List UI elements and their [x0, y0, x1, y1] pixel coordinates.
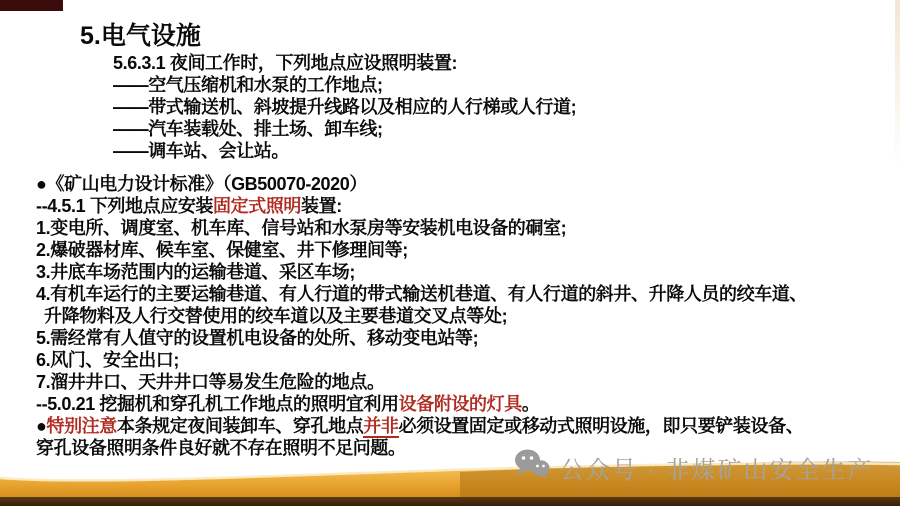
watermark-text: 公众号 · 非煤矿山安全生产: [560, 450, 873, 485]
intro-section: 5.6.3.1 夜间工作时，下列地点应设照明装置: ——空气压缩机和水泵的工作地…: [113, 52, 576, 162]
body-line: 5.需经常有人值守的设置机电设备的处所、移动变电站等;: [36, 327, 892, 349]
text-segment: 升降物料及人行交替使用的绞车道以及主要巷道交叉点等处;: [44, 306, 507, 326]
intro-item: ——汽车装载处、排土场、卸车线;: [113, 118, 576, 140]
text-segment: 。: [522, 394, 540, 414]
wechat-icon: [514, 448, 550, 487]
text-segment: 必须设置固定或移动式照明设施，即只要铲装设备、: [399, 416, 804, 436]
text-segment: 装置:: [301, 196, 342, 216]
text-segment: --5.0.21 挖掘机和穿孔机工作地点的照明宜利用: [36, 394, 399, 414]
intro-item: ——带式输送机、斜坡提升线路以及相应的人行梯或人行道;: [113, 96, 576, 118]
body-line: ●特别注意本条规定夜间装卸车、穿孔地点并非必须设置固定或移动式照明设施，即只要铲…: [36, 415, 892, 437]
text-segment: 本条规定夜间装卸车、穿孔地点: [117, 416, 363, 436]
body-line: 6.风门、安全出口;: [36, 349, 892, 371]
body-line: 3.井底车场范围内的运输巷道、采区车场;: [36, 261, 892, 283]
text-segment: ●《矿山电力设计标准》（GB50070-2020）: [36, 174, 367, 194]
body-section: ●《矿山电力设计标准》（GB50070-2020）--4.5.1 下列地点应安装…: [36, 173, 892, 459]
slide: 5.电气设施 5.6.3.1 夜间工作时，下列地点应设照明装置: ——空气压缩机…: [0, 0, 900, 506]
text-segment: 2.爆破器材库、候车室、保健室、井下修理间等;: [36, 240, 408, 260]
body-line: 2.爆破器材库、候车室、保健室、井下修理间等;: [36, 239, 892, 261]
red-emphasis: 设备附设的灯具: [399, 394, 522, 414]
body-line: 7.溜井井口、天井井口等易发生危险的地点。: [36, 371, 892, 393]
text-segment: --4.5.1 下列地点应安装: [36, 196, 213, 216]
text-segment: 4.有机车运行的主要运输巷道、有人行道的带式输送机巷道、有人行道的斜井、升降人员…: [36, 284, 807, 304]
red-emphasis: 特别注意: [46, 416, 116, 436]
body-line: --5.0.21 挖掘机和穿孔机工作地点的照明宜利用设备附设的灯具。: [36, 393, 892, 415]
text-segment: 3.井底车场范围内的运输巷道、采区车场;: [36, 262, 355, 282]
body-line: 升降物料及人行交替使用的绞车道以及主要巷道交叉点等处;: [36, 305, 892, 327]
text-segment: 7.溜井井口、天井井口等易发生危险的地点。: [36, 372, 385, 392]
top-left-accent-bar: [0, 0, 63, 11]
text-segment: 5.需经常有人值守的设置机电设备的处所、移动变电站等;: [36, 328, 478, 348]
text-segment: 6.风门、安全出口;: [36, 350, 179, 370]
page-title: 5.电气设施: [80, 16, 201, 52]
right-edge-accent: [895, 0, 900, 170]
red-emphasis: 并非: [363, 416, 398, 438]
intro-item: ——调车站、会让站。: [113, 140, 576, 162]
body-line: 1.变电所、调度室、机车库、信号站和水泵房等安装机电设备的硐室;: [36, 217, 892, 239]
text-segment: 1.变电所、调度室、机车库、信号站和水泵房等安装机电设备的硐室;: [36, 218, 566, 238]
body-line: 4.有机车运行的主要运输巷道、有人行道的带式输送机巷道、有人行道的斜井、升降人员…: [36, 283, 892, 305]
red-emphasis: 固定式照明: [213, 196, 301, 216]
body-line: --4.5.1 下列地点应安装固定式照明装置:: [36, 195, 892, 217]
intro-heading: 5.6.3.1 夜间工作时，下列地点应设照明装置:: [113, 52, 576, 74]
bottom-strip: [0, 497, 900, 506]
body-line: ●《矿山电力设计标准》（GB50070-2020）: [36, 173, 892, 195]
text-segment: ●: [36, 416, 46, 436]
watermark: 公众号 · 非煤矿山安全生产: [514, 448, 873, 487]
intro-item: ——空气压缩机和水泵的工作地点;: [113, 74, 576, 96]
intro-items: ——空气压缩机和水泵的工作地点;——带式输送机、斜坡提升线路以及相应的人行梯或人…: [113, 74, 576, 162]
